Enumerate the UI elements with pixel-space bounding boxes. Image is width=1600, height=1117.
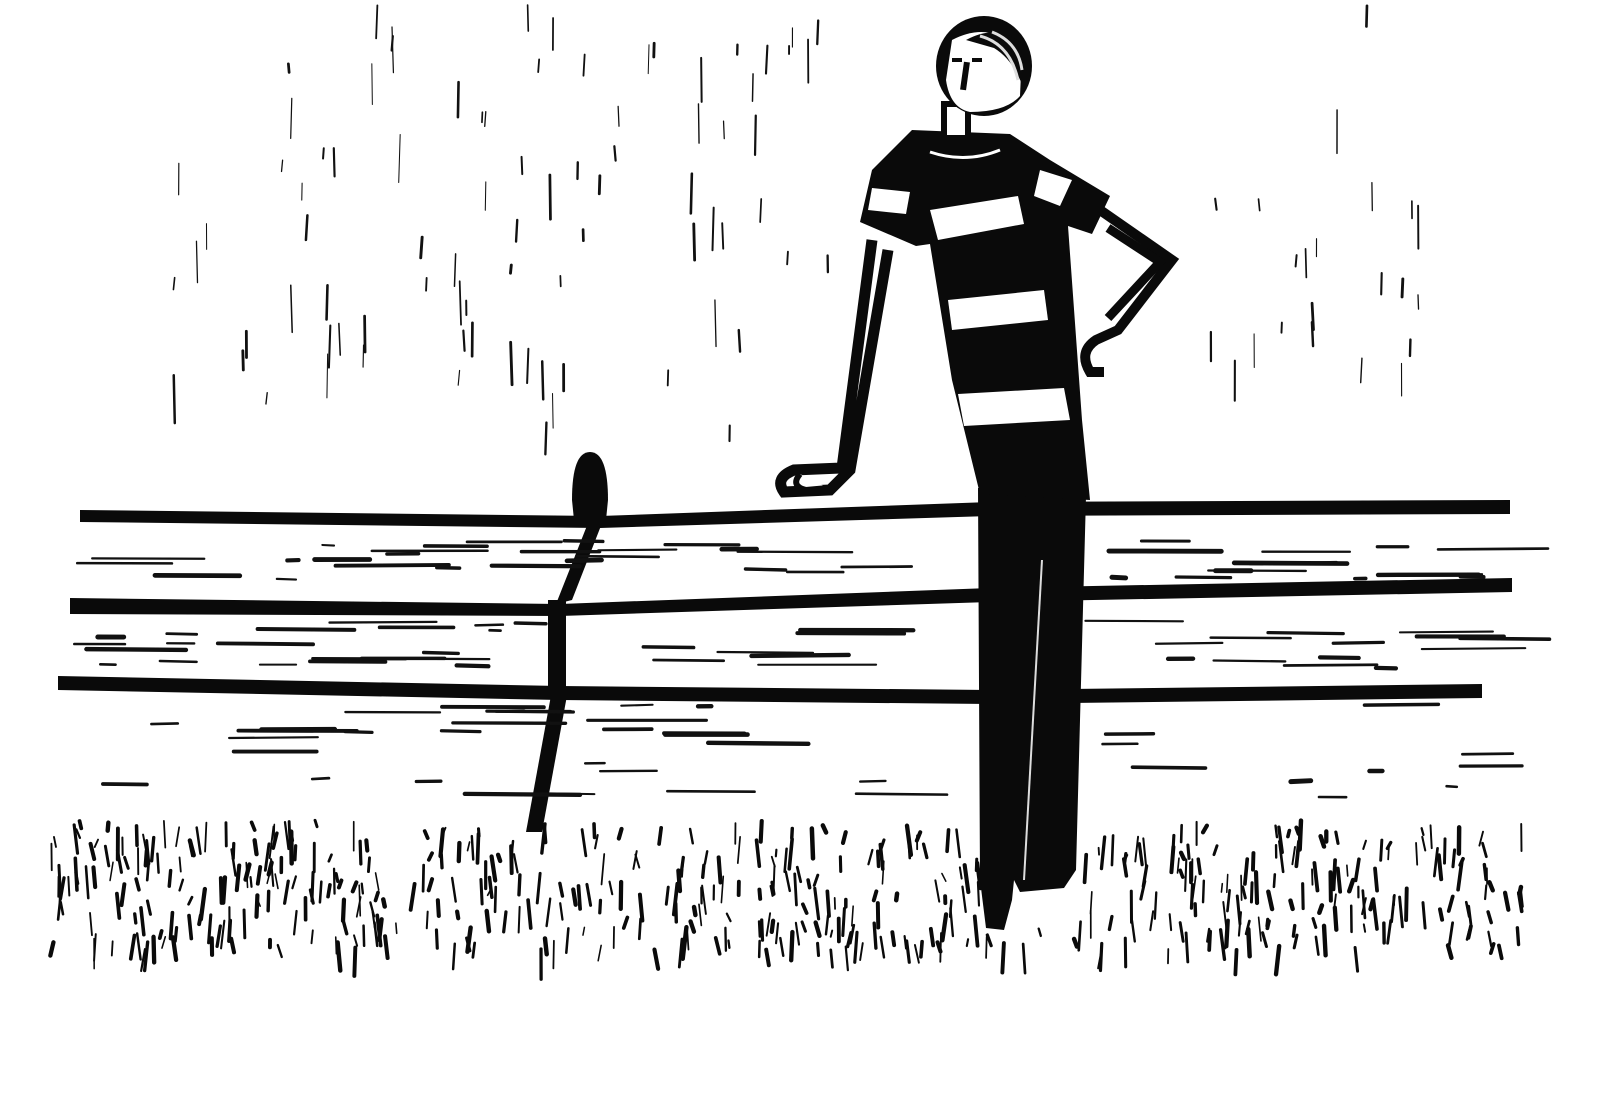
head: [936, 16, 1032, 116]
linocut-artwork: [0, 0, 1600, 1117]
trousers: [978, 488, 1086, 930]
